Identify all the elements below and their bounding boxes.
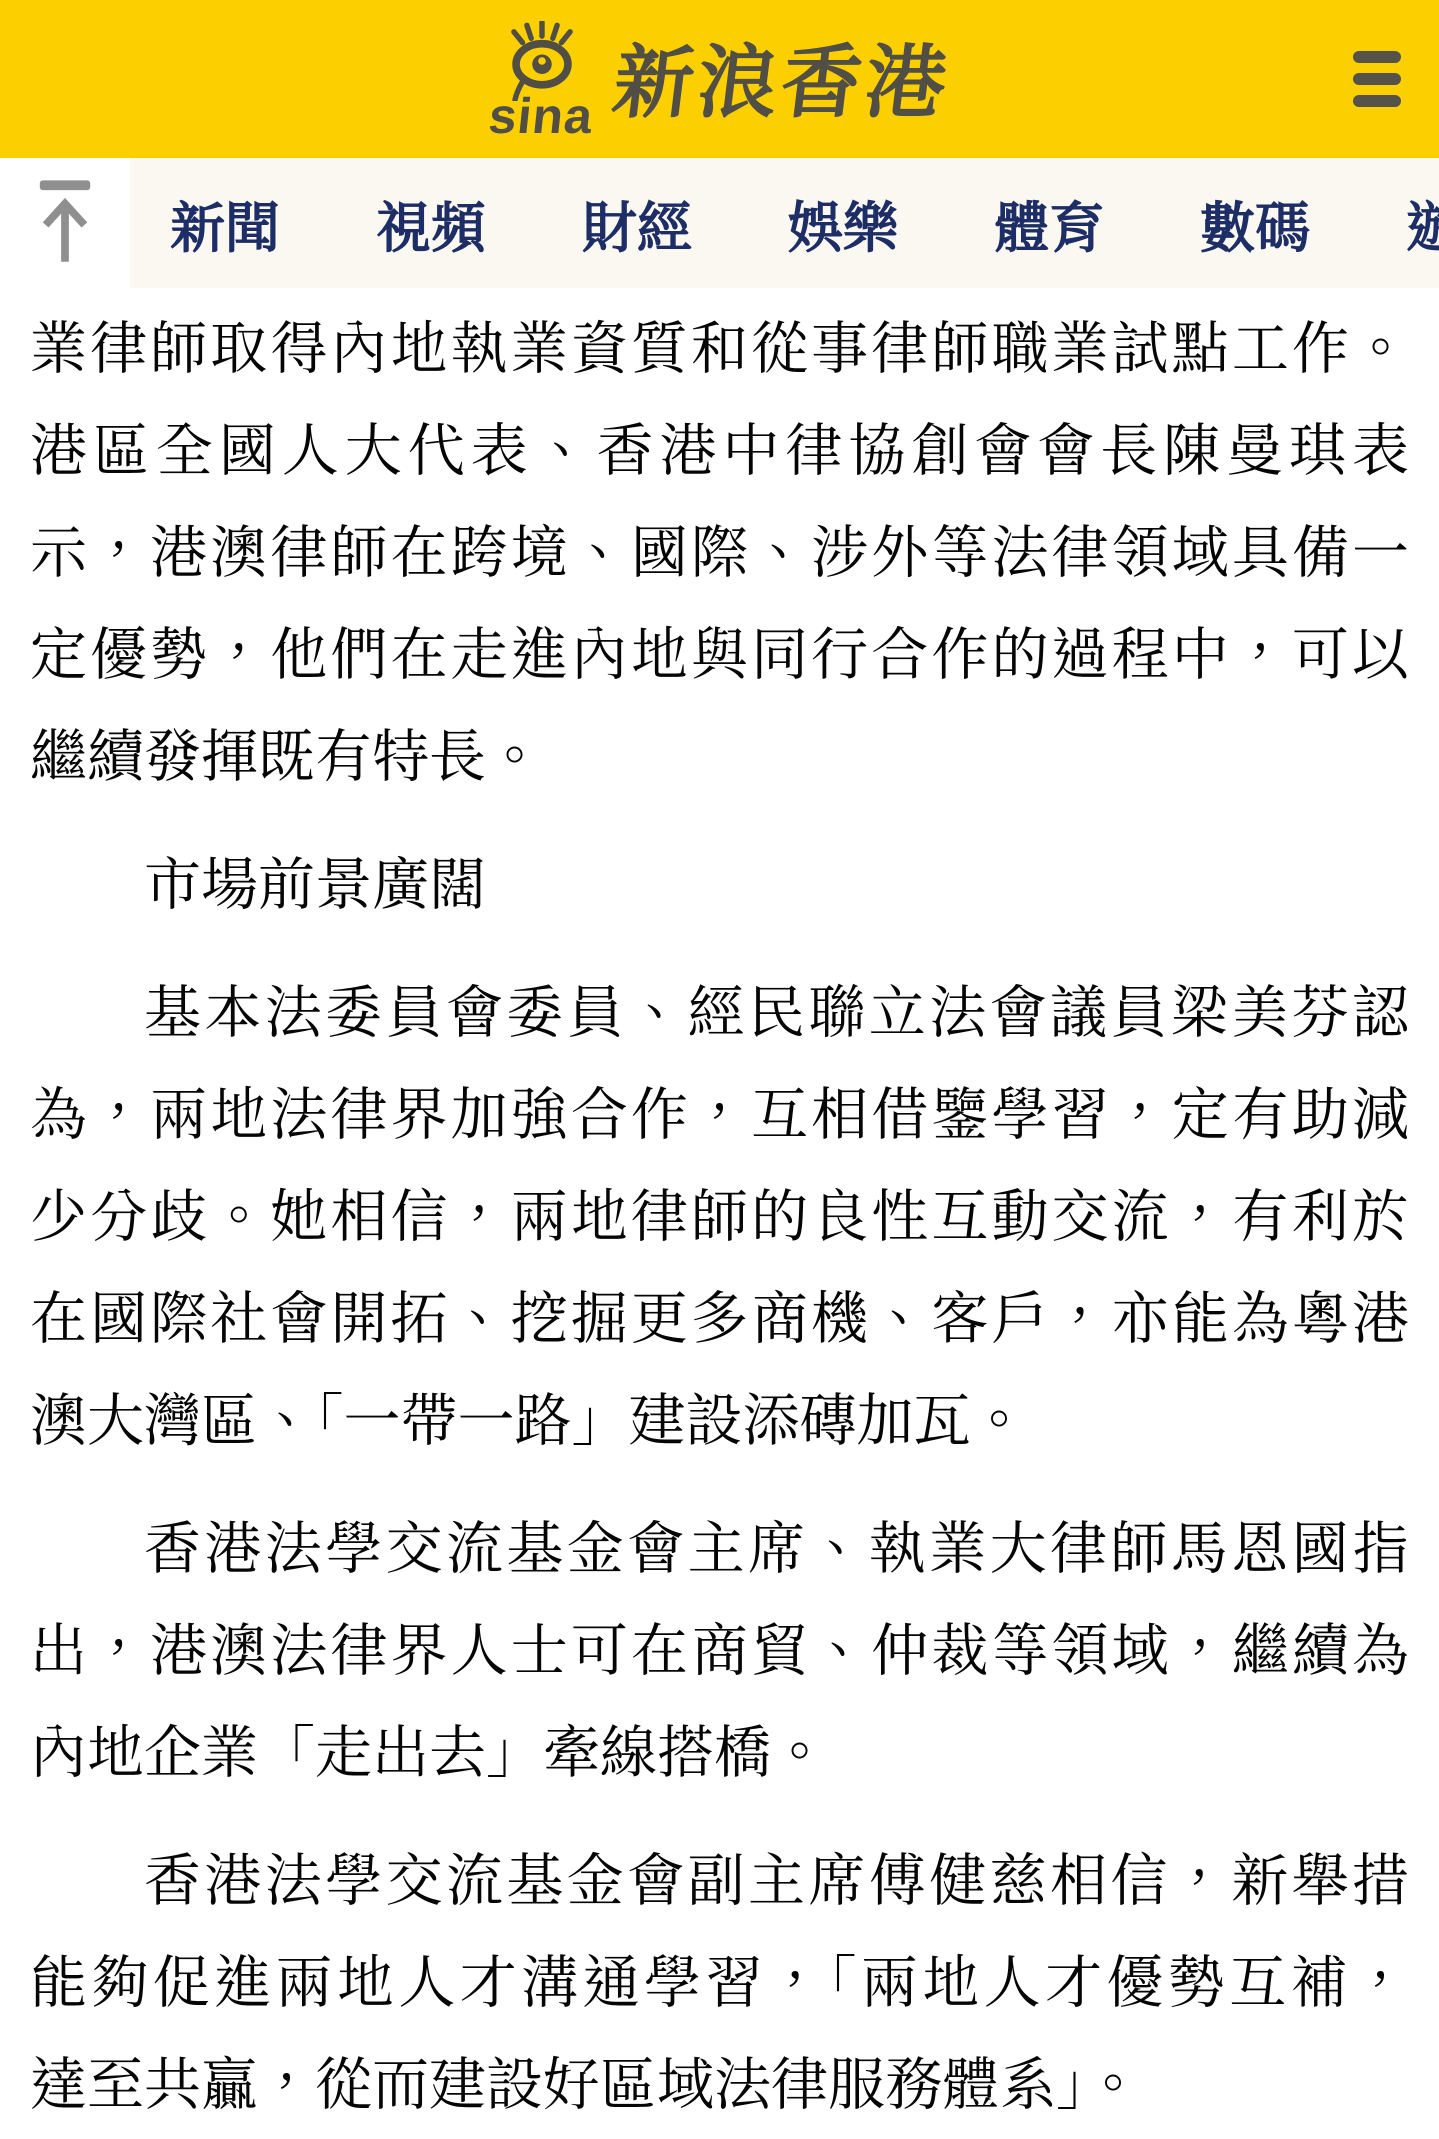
article-line: 出，港澳法律界人士可在商貿、仲裁等領域，繼續為 — [30, 1600, 1409, 1702]
article-body: 業律師取得內地執業資質和從事律師職業試點工作。港區全國人大代表、香港中律協創會會… — [0, 288, 1439, 2136]
nav-items: 新聞視頻財經娛樂體育數碼遊戲 — [170, 158, 1439, 288]
hamburger-icon-bar — [1353, 51, 1401, 63]
article-line: 市場前景廣闊 — [30, 834, 1409, 936]
article-line: 澳大灣區、「一帶一路」建設添磚加瓦。 — [30, 1370, 1409, 1472]
hamburger-icon-bar — [1353, 73, 1401, 85]
article-line: 示，港澳律師在跨境、國際、涉外等法律領域具備一 — [30, 502, 1409, 604]
sina-brand-text: sina — [487, 91, 596, 141]
article-line: 定優勢，他們在走進內地與同行合作的過程中，可以 — [30, 604, 1409, 706]
nav-item-6[interactable]: 數碼 — [1200, 184, 1310, 263]
article-line: 香港法學交流基金會主席、執業大律師馬恩國指 — [30, 1498, 1409, 1600]
article-line: 內地企業「走出去」牽線搭橋。 — [30, 1702, 1409, 1804]
hamburger-menu-button[interactable] — [1353, 51, 1401, 107]
site-title: 新浪香港 — [606, 18, 957, 141]
nav-bar: 新聞視頻財經娛樂體育數碼遊戲 — [0, 158, 1439, 288]
article-line: 業律師取得內地執業資質和從事律師職業試點工作。 — [30, 298, 1409, 400]
sina-mark: sina — [489, 21, 593, 141]
nav-item-1[interactable]: 新聞 — [170, 184, 280, 263]
article-line: 港區全國人大代表、香港中律協創會會長陳曼琪表 — [30, 400, 1409, 502]
nav-item-7[interactable]: 遊戲 — [1406, 184, 1439, 263]
paragraph: 市場前景廣闊 — [30, 834, 1409, 936]
scroll-to-top-icon — [34, 180, 96, 266]
article-line: 香港法學交流基金會副主席傅健慈相信，新舉措 — [30, 1830, 1409, 1932]
paragraph: 基本法委員會委員、經民聯立法會議員梁美芬認為，兩地法律界加強合作，互相借鑒學習，… — [30, 962, 1409, 1472]
paragraph: 業律師取得內地執業資質和從事律師職業試點工作。港區全國人大代表、香港中律協創會會… — [30, 298, 1409, 808]
article-line: 達至共贏，從而建設好區域法律服務體系」。 — [30, 2034, 1409, 2136]
nav-item-2[interactable]: 視頻 — [376, 184, 486, 263]
article-line: 在國際社會開拓、挖掘更多商機、客戶，亦能為粵港 — [30, 1268, 1409, 1370]
app-header: sina 新浪香港 — [0, 0, 1439, 158]
hamburger-icon-bar — [1353, 95, 1401, 107]
scroll-to-top-button[interactable] — [0, 158, 130, 288]
article-line: 少分歧。她相信，兩地律師的良性互動交流，有利於 — [30, 1166, 1409, 1268]
nav-item-4[interactable]: 娛樂 — [788, 184, 898, 263]
paragraph: 香港法學交流基金會副主席傅健慈相信，新舉措能夠促進兩地人才溝通學習，「兩地人才優… — [30, 1830, 1409, 2136]
article-line: 能夠促進兩地人才溝通學習，「兩地人才優勢互補， — [30, 1932, 1409, 2034]
article-line: 為，兩地法律界加強合作，互相借鑒學習，定有助減 — [30, 1064, 1409, 1166]
nav-item-5[interactable]: 體育 — [994, 184, 1104, 263]
nav-item-3[interactable]: 財經 — [582, 184, 692, 263]
paragraph: 香港法學交流基金會主席、執業大律師馬恩國指出，港澳法律界人士可在商貿、仲裁等領域… — [30, 1498, 1409, 1804]
article-line: 繼續發揮既有特長。 — [30, 706, 1409, 808]
sina-logo[interactable]: sina 新浪香港 — [489, 18, 949, 141]
article-line: 基本法委員會委員、經民聯立法會議員梁美芬認 — [30, 962, 1409, 1064]
